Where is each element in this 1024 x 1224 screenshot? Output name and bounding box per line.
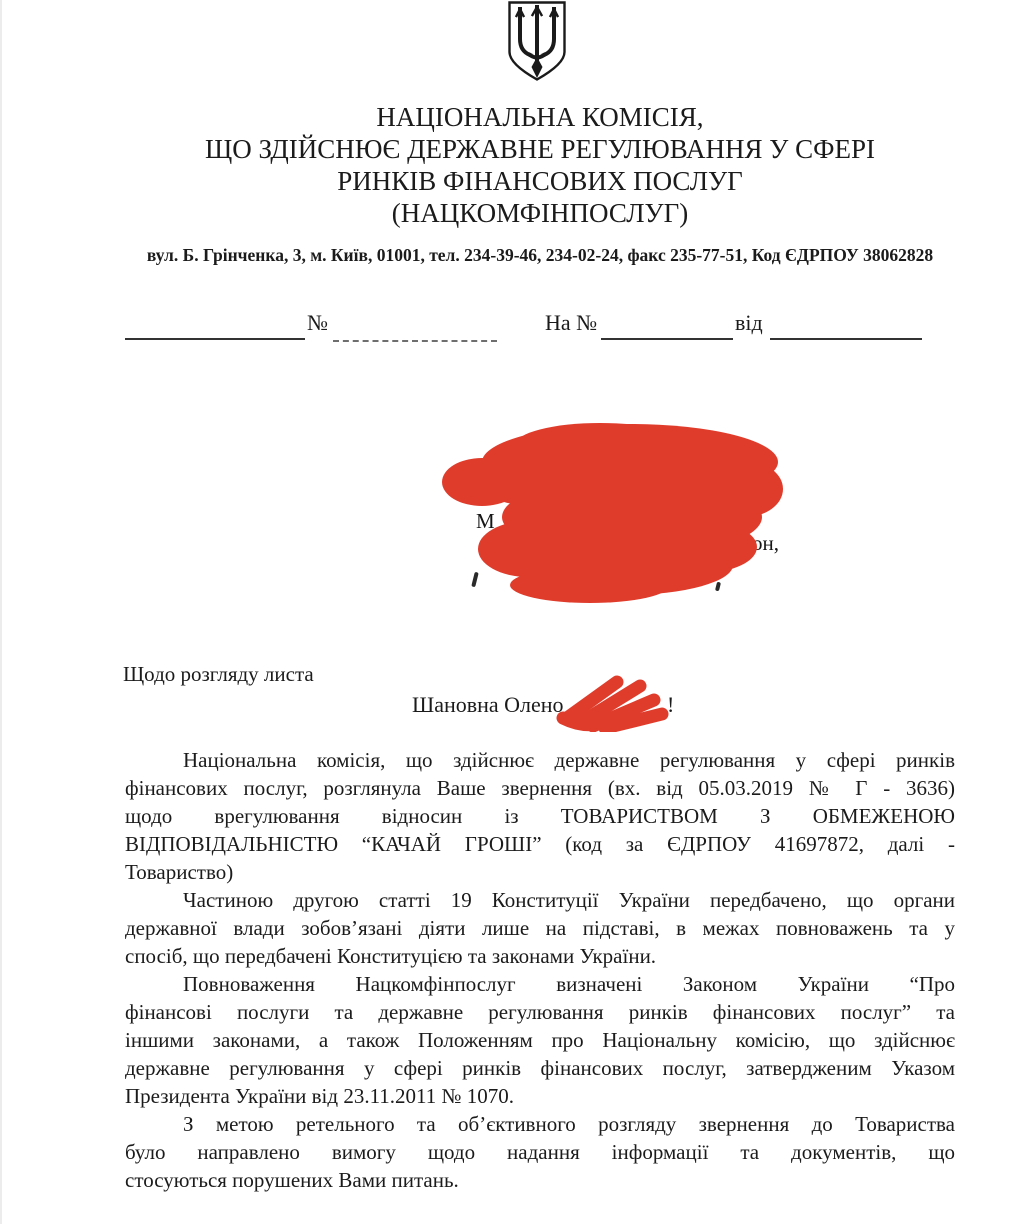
body-line: ВІДПОВІДАЛЬНІСТЮ “КАЧАЙ ГРОШІ” (код за Є… xyxy=(125,830,955,858)
body-line: спосіб, що передбачені Конституцією та з… xyxy=(125,942,955,970)
outgoing-date-blank xyxy=(125,310,305,340)
outgoing-number-blank xyxy=(333,312,497,342)
org-name-line: ЩО ЗДІЙСНЮЄ ДЕРЖАВНЕ РЕГУЛЮВАННЯ У СФЕРІ xyxy=(60,133,1020,165)
body-line: іншими законами, а також Положенням про … xyxy=(125,1026,955,1054)
incoming-number-label: На № xyxy=(545,310,597,336)
redaction-scribble-name xyxy=(552,668,674,732)
body-line: було направлено вимогу щодо надання інфо… xyxy=(125,1138,955,1166)
body-line: Національна комісія, що здійснює державн… xyxy=(125,746,955,774)
body-line: державне регулювання у сфері ринків фіна… xyxy=(125,1054,955,1082)
incoming-date-label: від xyxy=(735,310,763,336)
body-line: Президента України від 23.11.2011 № 1070… xyxy=(125,1082,955,1110)
body-line: стосуються порушених Вами питань. xyxy=(125,1166,955,1194)
paragraph: З метою ретельного та об’єктивного розгл… xyxy=(125,1110,955,1194)
body-line: З метою ретельного та об’єктивного розгл… xyxy=(125,1110,955,1138)
salutation-exclamation: ! xyxy=(667,692,674,718)
org-name-line: РИНКІВ ФІНАНСОВИХ ПОСЛУГ xyxy=(60,165,1020,197)
subject-line: Щодо розгляду листа xyxy=(123,662,314,687)
org-address-line: вул. Б. Грінченка, 3, м. Київ, 01001, те… xyxy=(60,245,1020,266)
salutation-text: Шановна Олено xyxy=(412,692,564,718)
org-name-line: НАЦІОНАЛЬНА КОМІСІЯ, xyxy=(60,101,1020,133)
body-line: Повноваження Нацкомфінпослуг визначені З… xyxy=(125,970,955,998)
coat-of-arms-icon xyxy=(506,1,568,81)
body-line: Товариство) xyxy=(125,858,955,886)
body-line: фінансові послуги та державне регулюванн… xyxy=(125,998,955,1026)
letter-body: Національна комісія, що здійснює державн… xyxy=(125,746,955,1194)
redaction-scribble-recipient xyxy=(440,417,785,605)
letter-page: НАЦІОНАЛЬНА КОМІСІЯ,ЩО ЗДІЙСНЮЄ ДЕРЖАВНЕ… xyxy=(0,0,1024,1224)
incoming-date-blank xyxy=(770,310,922,340)
org-name-line: (НАЦКОМФІНПОСЛУГ) xyxy=(60,197,1020,229)
body-line: Частиною другою статті 19 Конституції Ук… xyxy=(125,886,955,914)
org-name-block: НАЦІОНАЛЬНА КОМІСІЯ,ЩО ЗДІЙСНЮЄ ДЕРЖАВНЕ… xyxy=(60,101,1020,229)
incoming-number-blank xyxy=(601,310,733,340)
paragraph: Національна комісія, що здійснює державн… xyxy=(125,746,955,886)
paragraph: Частиною другою статті 19 Конституції Ук… xyxy=(125,886,955,970)
body-line: фінансових послуг, розглянула Ваше зверн… xyxy=(125,774,955,802)
paragraph: Повноваження Нацкомфінпослуг визначені З… xyxy=(125,970,955,1110)
body-line: державної влади зобов’язані діяти лише н… xyxy=(125,914,955,942)
body-line: щодо врегулювання відносин із ТОВАРИСТВО… xyxy=(125,802,955,830)
outgoing-number-label: № xyxy=(307,310,328,336)
